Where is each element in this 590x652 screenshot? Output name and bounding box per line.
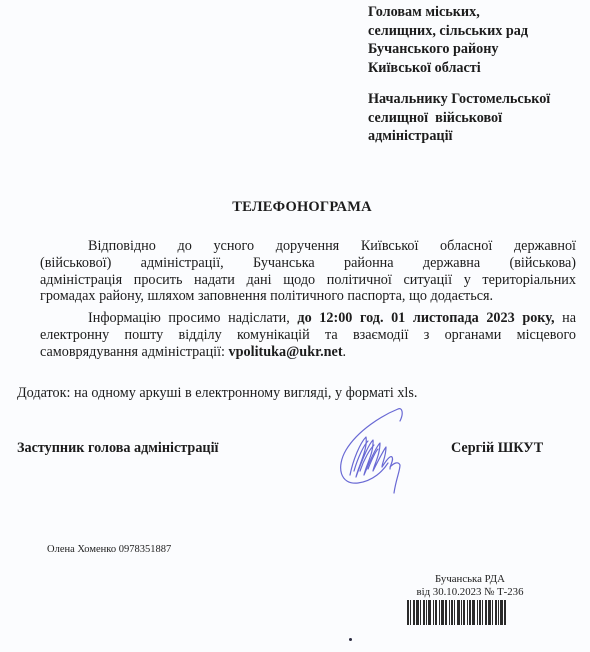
paragraph-text: самоврядування адміністрації: xyxy=(40,344,229,360)
document-page: Головам міських, селищних, сільських рад… xyxy=(0,0,590,652)
addressee-line: Київської області xyxy=(368,59,528,78)
attachment-note: Додаток: на одному аркуші в електронному… xyxy=(17,385,417,402)
addressee-line: Бучанського району xyxy=(368,40,528,59)
paragraph-line: громадах району, шляхом заповнення політ… xyxy=(40,288,576,305)
paragraph-line: самоврядування адміністрації: vpolituka@… xyxy=(40,344,576,361)
addressee-block-hostomel: Начальнику Гостомельської селищної війсь… xyxy=(368,90,550,146)
addressee-line: селищних, сільських рад xyxy=(368,22,528,41)
registration-stamp: Бучанська РДА від 30.10.2023 № Т-236 xyxy=(405,573,535,598)
paragraph-line: Відповідно до усного доручення Київської… xyxy=(40,238,576,255)
registration-organization: Бучанська РДА xyxy=(405,573,535,586)
executor-contact: Олена Хоменко 0978351887 xyxy=(47,544,171,555)
email-address: vpolituka@ukr.net xyxy=(229,344,343,360)
addressee-line: адміністрації xyxy=(368,127,550,146)
barcode-icon xyxy=(407,600,527,625)
signature-icon xyxy=(328,405,423,495)
paragraph-text: Інформацію просимо надіслати, xyxy=(88,310,297,326)
paragraph-line: (військової) адміністрації, Бучанська ра… xyxy=(40,255,576,272)
paragraph-request: Відповідно до усного доручення Київської… xyxy=(40,238,576,305)
paragraph-text: на xyxy=(555,310,577,326)
addressee-block-councils: Головам міських, селищних, сільських рад… xyxy=(368,3,528,77)
scan-speck xyxy=(349,638,352,641)
paragraph-line-text: Відповідно до усного доручення Київської… xyxy=(88,238,576,254)
deadline-text: до 12:00 год. 01 листопада 2023 року, xyxy=(297,310,554,326)
document-title: ТЕЛЕФОНОГРАМА xyxy=(0,199,590,216)
addressee-line: Начальнику Гостомельської xyxy=(368,90,550,109)
registration-number: від 30.10.2023 № Т-236 xyxy=(405,586,535,599)
addressee-line: селищної військової xyxy=(368,109,550,128)
paragraph-deadline: Інформацію просимо надіслати, до 12:00 г… xyxy=(40,310,576,360)
paragraph-line: електронну пошту відділу комунікацій та … xyxy=(40,327,576,344)
signer-position: Заступник голова адміністрації xyxy=(17,440,218,457)
paragraph-text: . xyxy=(343,344,347,360)
addressee-line: Головам міських, xyxy=(368,3,528,22)
paragraph-line: адміністрація просить надати дані щодо п… xyxy=(40,272,576,289)
signer-name: Сергій ШКУТ xyxy=(451,440,543,457)
paragraph-line: Інформацію просимо надіслати, до 12:00 г… xyxy=(40,310,576,327)
